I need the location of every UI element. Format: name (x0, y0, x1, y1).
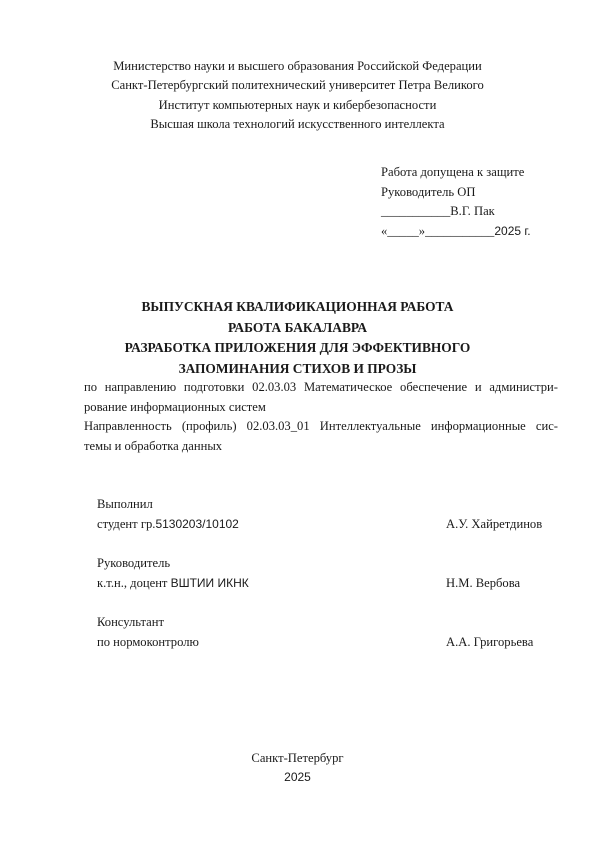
footer-city: Санкт-Петербург (0, 749, 595, 768)
approval-admitted: Работа допущена к защите (381, 163, 531, 183)
approval-head-program: Руководитель ОП (381, 183, 531, 203)
study-profile: Направленность (профиль) 02.03.03_01 Инт… (84, 417, 558, 456)
consultant-name: А.А. Григорьева (446, 633, 533, 653)
supervisor-name: Н.М. Вербова (446, 574, 520, 594)
supervisor-detail: к.т.н., доцент ВШТИИ ИКНКН.М. Вербова (97, 574, 547, 594)
study-direction-line2: рование информационных систем (84, 398, 558, 418)
consultant-detail-text: по нормоконтролю (97, 635, 199, 649)
supervisor-role: Руководитель (97, 554, 547, 574)
approval-date: «_____»___________2025 г. (381, 222, 531, 242)
study-direction-line1: по направлению подготовки 02.03.03 Матем… (84, 378, 558, 398)
approval-block: Работа допущена к защите Руководитель ОП… (381, 163, 531, 241)
footer: Санкт-Петербург 2025 (0, 749, 595, 788)
student-detail-prefix: студент гр. (97, 517, 155, 531)
approval-signature: ___________В.Г. Пак (381, 202, 531, 222)
consultant-role: Консультант (97, 613, 547, 633)
title-degree: РАБОТА БАКАЛАВРА (0, 318, 595, 339)
thesis-title: ВЫПУСКНАЯ КВАЛИФИКАЦИОННАЯ РАБОТА РАБОТА… (0, 297, 595, 379)
institute-line: Институт компьютерных наук и кибербезопа… (0, 96, 595, 115)
study-profile-line2: темы и обработка данных (84, 437, 558, 457)
supervisor-dept: ВШТИИ ИКНК (171, 576, 249, 590)
study-profile-line1: Направленность (профиль) 02.03.03_01 Инт… (84, 417, 558, 437)
signature-supervisor: Руководитель к.т.н., доцент ВШТИИ ИКНКН.… (97, 554, 547, 593)
direction-block: по направлению подготовки 02.03.03 Матем… (84, 378, 558, 456)
footer-year: 2025 (0, 768, 595, 787)
student-detail: студент гр.5130203/10102А.У. Хайретдинов (97, 515, 547, 535)
approval-date-year: 2025 г. (494, 224, 530, 238)
ministry-line: Министерство науки и высшего образования… (0, 57, 595, 76)
student-name: А.У. Хайретдинов (446, 515, 542, 535)
title-work-type: ВЫПУСКНАЯ КВАЛИФИКАЦИОННАЯ РАБОТА (0, 297, 595, 318)
school-line: Высшая школа технологий искусственного и… (0, 115, 595, 134)
supervisor-detail-prefix: к.т.н., доцент (97, 576, 171, 590)
study-direction: по направлению подготовки 02.03.03 Матем… (84, 378, 558, 417)
title-topic-line2: ЗАПОМИНАНИЯ СТИХОВ И ПРОЗЫ (0, 359, 595, 380)
approval-date-blank: «_____»___________ (381, 224, 494, 238)
signature-consultant: Консультант по нормоконтролюА.А. Григорь… (97, 613, 547, 652)
university-line: Санкт-Петербургский политехнический унив… (0, 76, 595, 95)
title-topic-line1: РАЗРАБОТКА ПРИЛОЖЕНИЯ ДЛЯ ЭФФЕКТИВНОГО (0, 338, 595, 359)
student-role: Выполнил (97, 495, 547, 515)
signature-student: Выполнил студент гр.5130203/10102А.У. Ха… (97, 495, 547, 534)
student-group: 5130203/10102 (155, 517, 238, 531)
consultant-detail: по нормоконтролюА.А. Григорьева (97, 633, 547, 653)
ministry-header: Министерство науки и высшего образования… (0, 57, 595, 135)
